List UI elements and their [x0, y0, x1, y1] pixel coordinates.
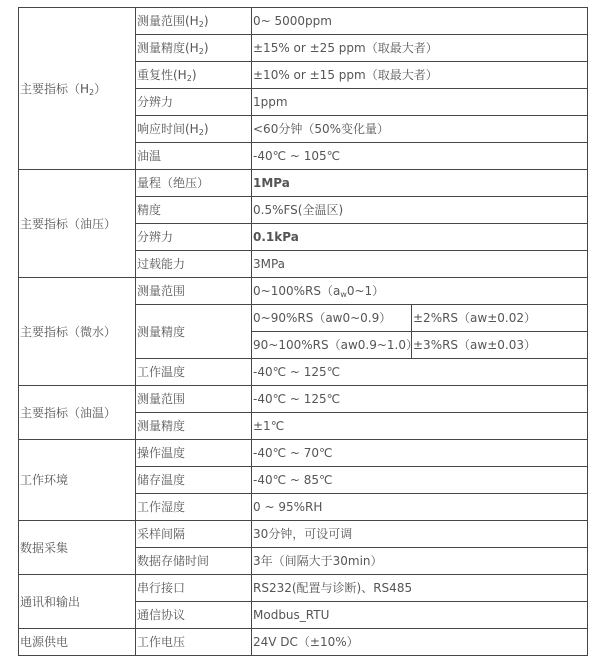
table-row: 通讯和输出 串行接口 RS232(配置与诊断)、RS485: [19, 575, 588, 602]
value-cell: 0.1kPa: [252, 224, 588, 251]
accuracy-cell: ±3%RS（aw±0.03）: [412, 332, 588, 359]
param-cell: 精度: [136, 197, 252, 224]
param-cell: 工作温度: [136, 359, 252, 386]
param-cell: 响应时间(H2): [136, 116, 252, 143]
value-cell: 0~100%RS（aw0~1）: [252, 278, 588, 305]
category-cell: 主要指标（微水）: [19, 278, 136, 386]
value-cell: 30分钟，可设可调: [252, 521, 588, 548]
value-cell: 24V DC（±10%）: [252, 629, 588, 656]
value-cell: 1MPa: [252, 170, 588, 197]
value-cell: 0~ 5000ppm: [252, 8, 588, 35]
range-cell: 90~100%RS（aw0.9~1.0）: [252, 332, 412, 359]
category-cell: 主要指标（油压）: [19, 170, 136, 278]
value-cell: -40℃ ~ 70℃: [252, 440, 588, 467]
param-cell: 操作温度: [136, 440, 252, 467]
param-cell: 工作湿度: [136, 494, 252, 521]
value-cell: ±1℃: [252, 413, 588, 440]
param-cell: 采样间隔: [136, 521, 252, 548]
param-cell: 串行接口: [136, 575, 252, 602]
category-cell: 电源供电: [19, 629, 136, 656]
value-cell: -40℃ ~ 125℃: [252, 386, 588, 413]
table-row: 主要指标（微水） 测量范围 0~100%RS（aw0~1）: [19, 278, 588, 305]
value-cell: 3年（间隔大于30min）: [252, 548, 588, 575]
table-row: 工作环境 操作温度 -40℃ ~ 70℃: [19, 440, 588, 467]
value-cell: -40℃ ~ 125℃: [252, 359, 588, 386]
accuracy-cell: ±2%RS（aw±0.02）: [412, 305, 588, 332]
table-row: 电源供电 工作电压 24V DC（±10%）: [19, 629, 588, 656]
table-row: 主要指标（油压） 量程（绝压） 1MPa: [19, 170, 588, 197]
value-cell: Modbus_RTU: [252, 602, 588, 629]
param-cell: 测量范围: [136, 278, 252, 305]
param-cell: 储存温度: [136, 467, 252, 494]
value-cell: 3MPa: [252, 251, 588, 278]
value-cell: 0.5%FS(全温区): [252, 197, 588, 224]
param-cell: 数据存储时间: [136, 548, 252, 575]
value-cell: RS232(配置与诊断)、RS485: [252, 575, 588, 602]
param-cell: 油温: [136, 143, 252, 170]
param-cell: 通信协议: [136, 602, 252, 629]
param-cell: 量程（绝压）: [136, 170, 252, 197]
value-cell: <60分钟（50%变化量）: [252, 116, 588, 143]
param-cell: 过载能力: [136, 251, 252, 278]
category-cell: 通讯和输出: [19, 575, 136, 629]
table-row: 主要指标（油温） 测量范围 -40℃ ~ 125℃: [19, 386, 588, 413]
category-cell: 主要指标（油温）: [19, 386, 136, 440]
value-cell: -40℃ ~ 105℃: [252, 143, 588, 170]
value-cell: 1ppm: [252, 89, 588, 116]
param-cell: 分辨力: [136, 224, 252, 251]
param-cell: 分辨力: [136, 89, 252, 116]
value-cell: -40℃ ~ 85℃: [252, 467, 588, 494]
value-cell: ±15% or ±25 ppm（取最大者）: [252, 35, 588, 62]
param-cell: 测量精度: [136, 413, 252, 440]
param-cell: 测量精度(H2): [136, 35, 252, 62]
value-cell: 0 ~ 95%RH: [252, 494, 588, 521]
range-cell: 0~90%RS（aw0~0.9）: [252, 305, 412, 332]
spec-table: 主要指标（H2） 测量范围(H2) 0~ 5000ppm 测量精度(H2) ±1…: [18, 7, 588, 656]
param-cell: 重复性(H2): [136, 62, 252, 89]
table-row: 主要指标（H2） 测量范围(H2) 0~ 5000ppm: [19, 8, 588, 35]
param-cell: 测量范围(H2): [136, 8, 252, 35]
category-cell: 主要指标（H2）: [19, 8, 136, 170]
value-cell: ±10% or ±15 ppm（取最大者）: [252, 62, 588, 89]
param-cell: 工作电压: [136, 629, 252, 656]
param-cell: 测量范围: [136, 386, 252, 413]
table-row: 数据采集 采样间隔 30分钟，可设可调: [19, 521, 588, 548]
category-cell: 数据采集: [19, 521, 136, 575]
category-cell: 工作环境: [19, 440, 136, 521]
param-cell: 测量精度: [136, 305, 252, 359]
